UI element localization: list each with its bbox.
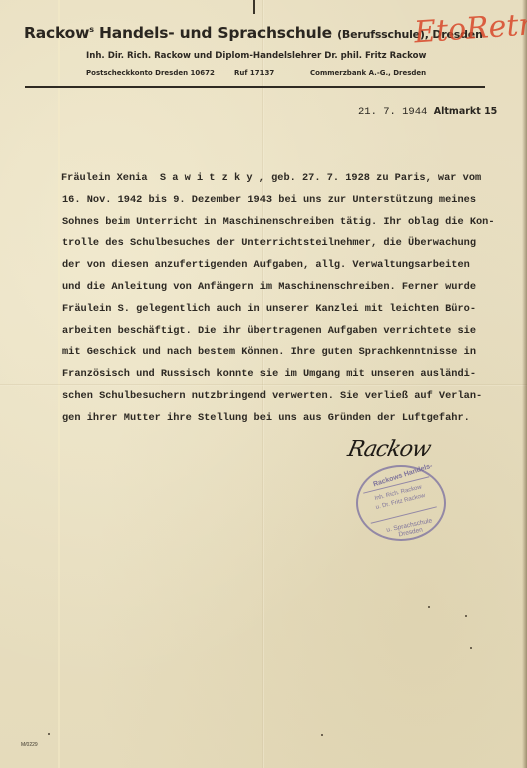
sender-address: Altmarkt 15 [434,106,498,117]
body-line: gen ihrer Mutter ihre Stellung bei uns a… [62,412,512,434]
paper-speck [321,734,323,736]
paper-speck [428,606,430,608]
signature: Rackow [345,437,432,462]
body-line: schen Schulbesuchern nutzbringend verwer… [62,390,512,412]
body-line: Fräulein S. gelegentlich auch in unserer… [62,303,512,325]
paper-speck [48,733,50,735]
paper-tear [253,0,255,14]
paper-speck [465,615,467,617]
body-line: und die Anleitung von Anfängern im Masch… [62,281,512,303]
phone-number: Ruf 17137 [234,69,274,77]
body-line: der von diesen anzufertigenden Aufgaben,… [62,259,512,281]
paper-edge-shadow [522,0,527,768]
postscheck-account: Postscheckkonto Dresden 10672 [86,69,215,77]
owner-line: Inh. Dir. Rich. Rackow und Diplom-Handel… [86,51,426,61]
letter-body: Fräulein Xenia S a w i t z k y , geb. 27… [62,172,512,434]
letter-date: 21. 7. 1944 [358,106,427,118]
body-line: mit Geschick und nach bestem Können. Ihr… [62,346,512,368]
bank-info: Commerzbank A.-G., Dresden [310,69,426,77]
school-name-rest: Handels- und Sprachschule [94,24,337,42]
body-line: arbeiten beschäftigt. Die ihr übertragen… [62,325,512,347]
school-stamp: Rackows Handels- Inh. Rich. Rackow u. Dr… [356,465,446,541]
school-name-main: Rackow [24,24,89,42]
letterhead-divider [25,86,485,88]
paper-speck [470,647,472,649]
body-line: Sohnes beim Unterricht in Maschinenschre… [62,216,512,238]
body-line: trolle des Schulbesuches der Unterrichts… [62,237,512,259]
body-line: 16. Nov. 1942 bis 9. Dezember 1943 bei u… [62,194,512,216]
body-line: Französisch und Russisch konnte sie im U… [62,368,512,390]
body-line: Fräulein Xenia S a w i t z k y , geb. 27… [61,172,512,194]
date-line: 21. 7. 1944 Altmarkt 15 [358,101,497,119]
form-code: M/0229 [21,742,38,748]
